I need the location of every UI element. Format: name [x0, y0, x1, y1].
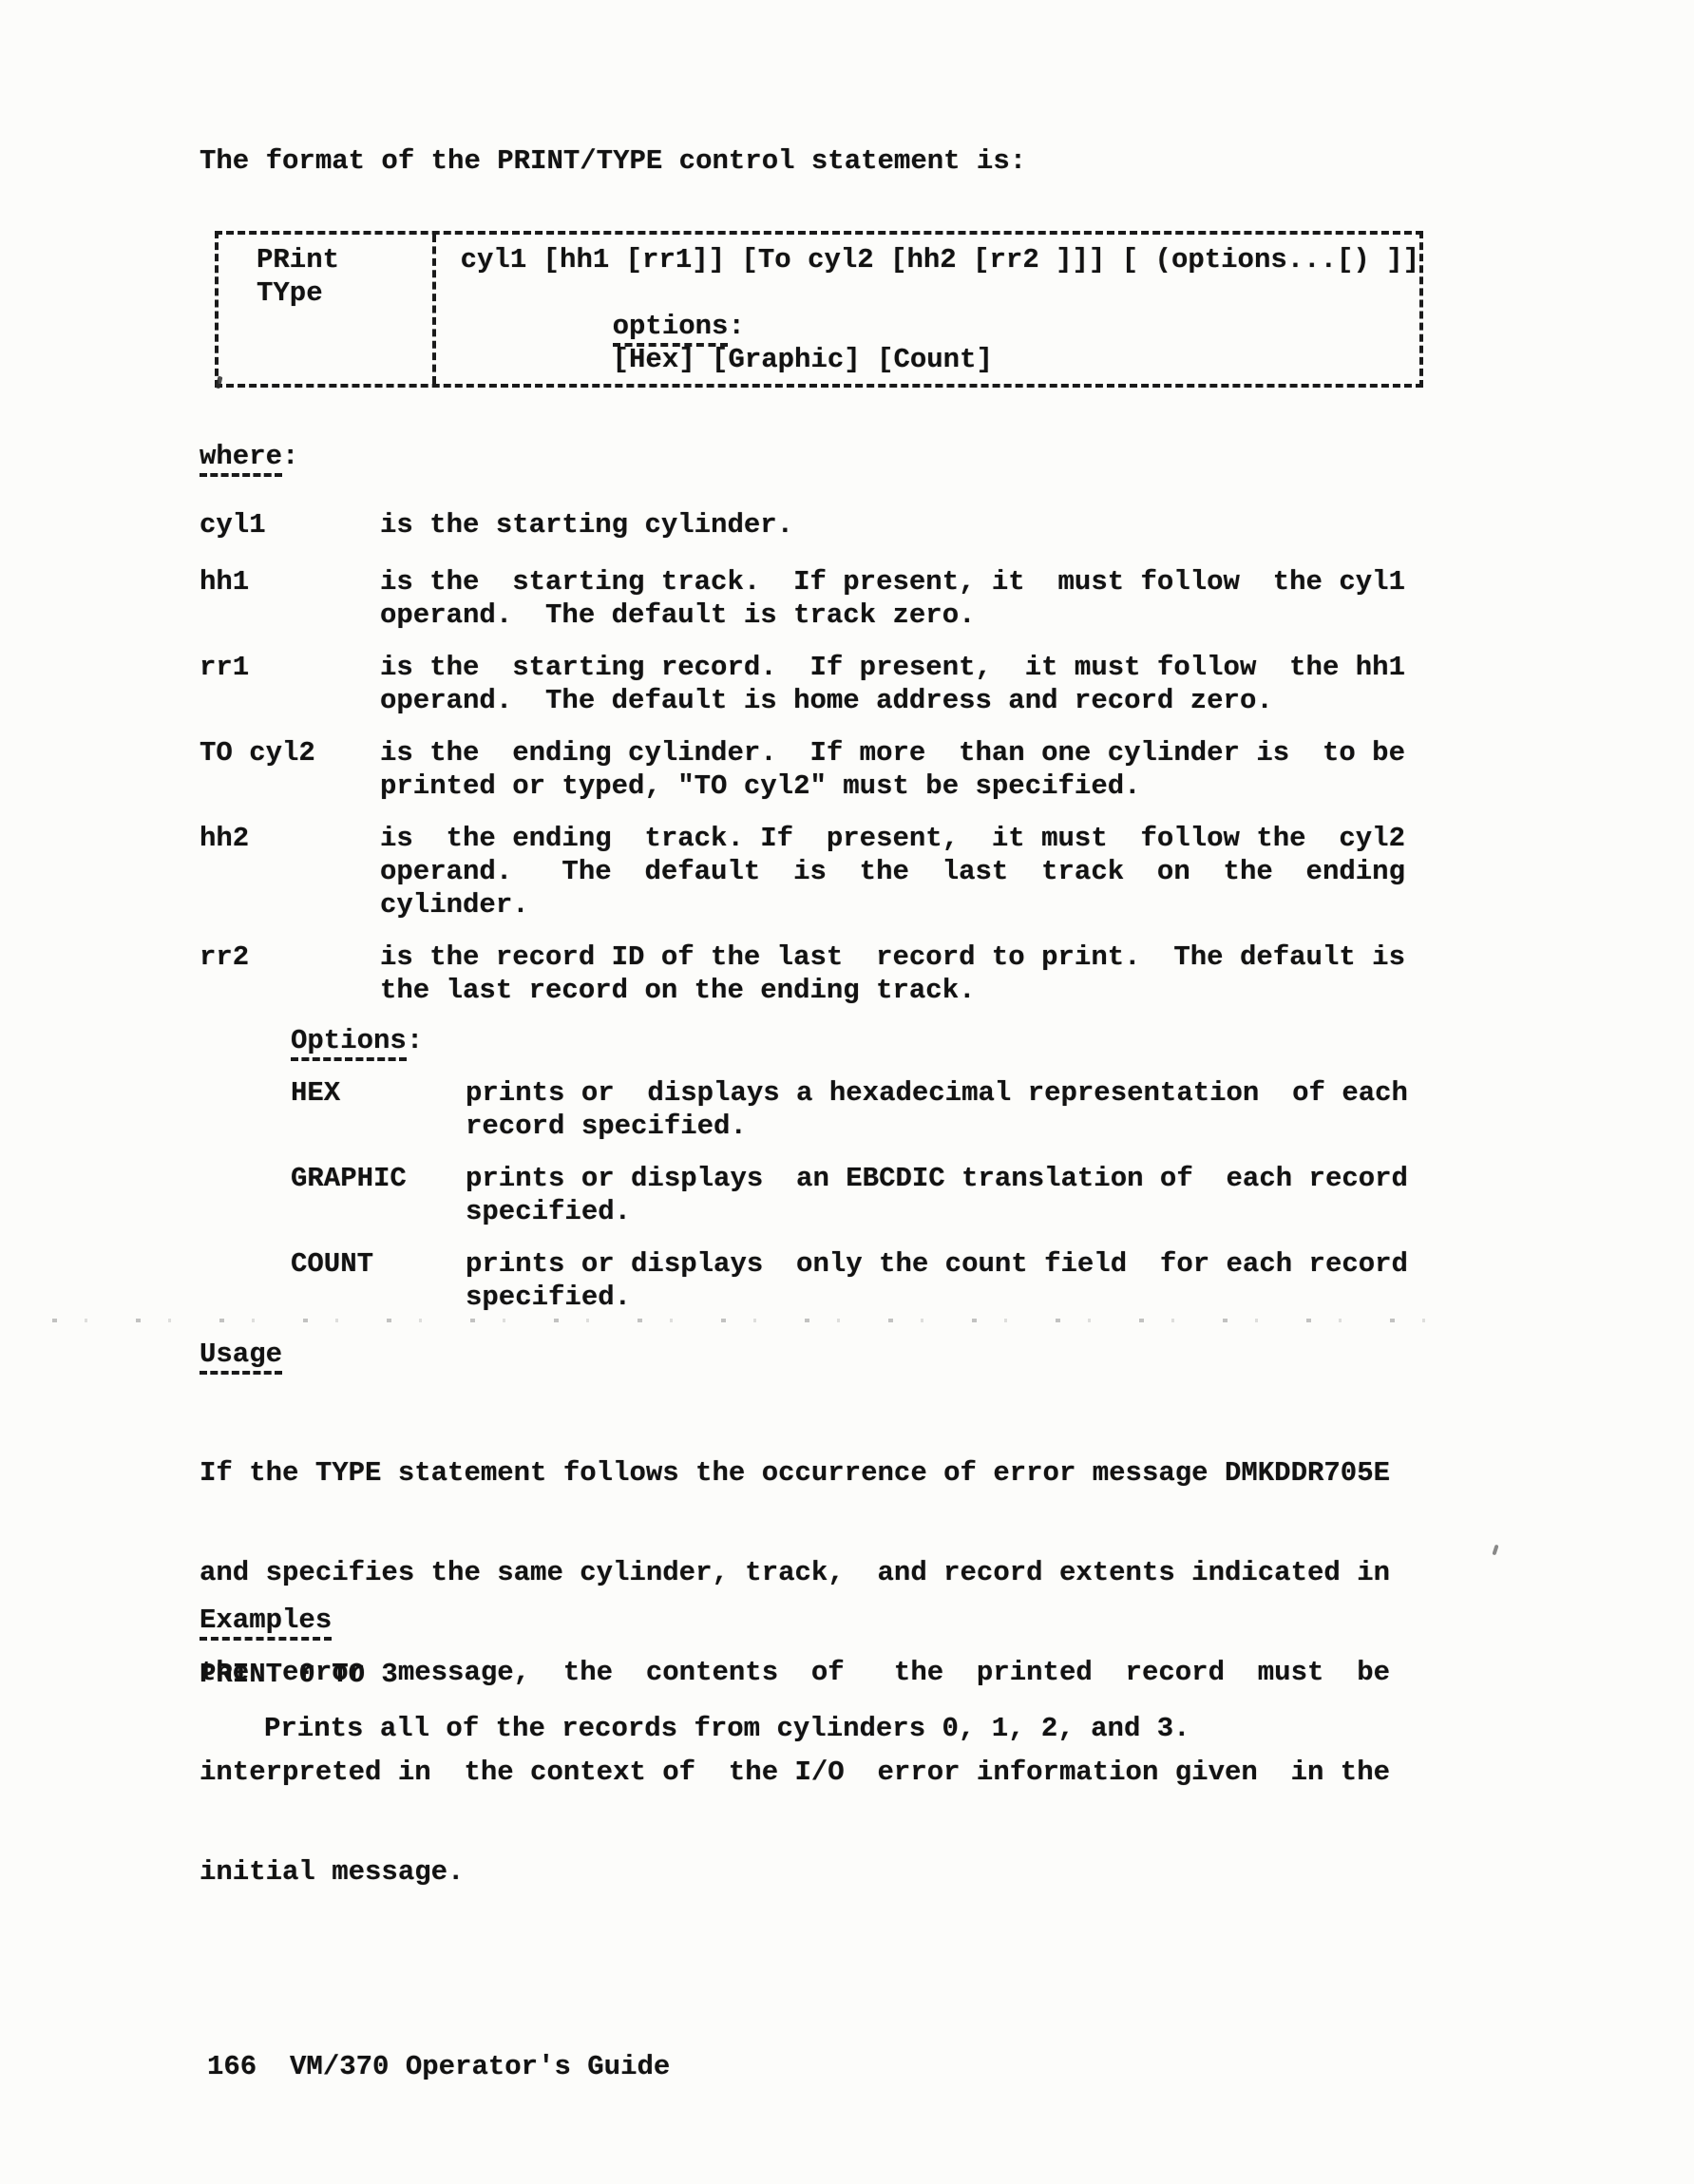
where-entry-hh2: hh2 is the ending track. If present, it …	[200, 822, 1405, 921]
scan-noise-band	[52, 1319, 1425, 1322]
definition-line: is the ending cylinder. If more than one…	[380, 736, 1405, 769]
syntax-box-command-column: PRint TYpe	[219, 235, 436, 384]
definition-hh2: is the ending track. If present, it must…	[380, 822, 1405, 921]
where-heading: where:	[200, 440, 298, 473]
definition-hex: prints or displays a hexadecimal represe…	[466, 1076, 1408, 1143]
term-graphic: GRAPHIC	[291, 1162, 466, 1228]
definition-line: is the starting cylinder.	[380, 508, 793, 541]
where-entry-rr1: rr1 is the starting record. If present, …	[200, 651, 1405, 717]
footer-book-title: VM/370 Operator's Guide	[290, 2051, 670, 2082]
definition-line: the last record on the ending track.	[380, 974, 1405, 1007]
term-cyl1: cyl1	[200, 508, 380, 541]
definition-line: is the ending track. If present, it must…	[380, 822, 1405, 855]
term-to-cyl2: TO cyl2	[200, 736, 380, 803]
definition-line: prints or displays a hexadecimal represe…	[466, 1076, 1408, 1110]
example-description: Prints all of the records from cylinders…	[264, 1712, 1190, 1745]
options-label-line: options:	[613, 310, 1419, 343]
definition-hh1: is the starting track. If present, it mu…	[380, 565, 1405, 632]
options-heading: Options:	[291, 1024, 423, 1057]
option-entry-graphic: GRAPHIC prints or displays an EBCDIC tra…	[291, 1162, 1408, 1228]
where-entry-hh1: hh1 is the starting track. If present, i…	[200, 565, 1405, 632]
definition-line: prints or displays an EBCDIC translation…	[466, 1162, 1408, 1195]
where-entry-cyl1: cyl1 is the starting cylinder.	[200, 508, 793, 541]
definition-count: prints or displays only the count field …	[466, 1247, 1408, 1314]
scan-speck	[1492, 1545, 1498, 1556]
definition-line: operand. The default is the last track o…	[380, 855, 1405, 888]
syntax-operands-line: cyl1 [hh1 [rr1]] [To cyl2 [hh2 [rr2 ]]] …	[461, 243, 1419, 276]
where-heading-colon: :	[282, 441, 298, 472]
options-heading-colon: :	[407, 1025, 423, 1056]
definition-line: is the starting track. If present, it mu…	[380, 565, 1405, 598]
term-rr1: rr1	[200, 651, 380, 717]
term-hh1: hh1	[200, 565, 380, 632]
term-count: COUNT	[291, 1247, 466, 1314]
options-values-line: [Hex] [Graphic] [Count]	[613, 343, 1419, 376]
syntax-box: PRint TYpe cyl1 [hh1 [rr1]] [To cyl2 [hh…	[215, 231, 1423, 388]
example-command: PRINT 0 TO 3	[200, 1658, 398, 1691]
option-entry-count: COUNT prints or displays only the count …	[291, 1247, 1408, 1314]
options-label: options	[613, 311, 729, 347]
definition-line: specified.	[466, 1281, 1408, 1314]
definition-line: is the record ID of the last record to p…	[380, 940, 1405, 974]
footer-page-number: 166	[207, 2051, 257, 2082]
term-hh2: hh2	[200, 822, 380, 921]
definition-line: operand. The default is home address and…	[380, 684, 1405, 717]
option-entry-hex: HEX prints or displays a hexadecimal rep…	[291, 1076, 1408, 1143]
usage-line: initial message.	[200, 1855, 1390, 1889]
term-hex: HEX	[291, 1076, 466, 1143]
definition-to-cyl2: is the ending cylinder. If more than one…	[380, 736, 1405, 803]
definition-line: record specified.	[466, 1110, 1408, 1143]
definition-graphic: prints or displays an EBCDIC translation…	[466, 1162, 1408, 1228]
definition-line: printed or typed, "TO cyl2" must be spec…	[380, 769, 1405, 803]
command-name-type: TYpe	[257, 276, 432, 310]
usage-heading-text: Usage	[200, 1339, 282, 1375]
examples-heading-text: Examples	[200, 1605, 332, 1641]
examples-heading: Examples	[200, 1604, 332, 1637]
syntax-box-operand-column: cyl1 [hh1 [rr1]] [To cyl2 [hh2 [rr2 ]]] …	[436, 235, 1419, 384]
definition-rr1: is the starting record. If present, it m…	[380, 651, 1405, 717]
usage-paragraph: If the TYPE statement follows the occurr…	[200, 1390, 1390, 1922]
definition-cyl1: is the starting cylinder.	[380, 508, 793, 541]
usage-line: interpreted in the context of the I/O er…	[200, 1756, 1390, 1789]
definition-rr2: is the record ID of the last record to p…	[380, 940, 1405, 1007]
usage-line: and specifies the same cylinder, track, …	[200, 1556, 1390, 1589]
usage-line: If the TYPE statement follows the occurr…	[200, 1456, 1390, 1490]
where-entry-rr2: rr2 is the record ID of the last record …	[200, 940, 1405, 1007]
definition-line: cylinder.	[380, 888, 1405, 921]
where-entry-to-cyl2: TO cyl2 is the ending cylinder. If more …	[200, 736, 1405, 803]
definition-line: operand. The default is track zero.	[380, 598, 1405, 632]
scanned-manual-page: { "intro_line": "The format of the PRINT…	[0, 0, 1694, 2184]
intro-line: The format of the PRINT/TYPE control sta…	[200, 144, 1026, 178]
term-rr2: rr2	[200, 940, 380, 1007]
footer-gap	[257, 2051, 290, 2082]
usage-heading: Usage	[200, 1338, 282, 1371]
command-name-print: PRint	[257, 243, 432, 276]
page-footer: 166 VM/370 Operator's Guide	[207, 2050, 670, 2083]
definition-line: specified.	[466, 1195, 1408, 1228]
where-heading-text: where	[200, 441, 282, 477]
options-label-colon: :	[728, 311, 744, 342]
syntax-box-blank-line	[461, 276, 1419, 310]
definition-line: is the starting record. If present, it m…	[380, 651, 1405, 684]
definition-line: prints or displays only the count field …	[466, 1247, 1408, 1281]
options-heading-text: Options	[291, 1025, 407, 1061]
